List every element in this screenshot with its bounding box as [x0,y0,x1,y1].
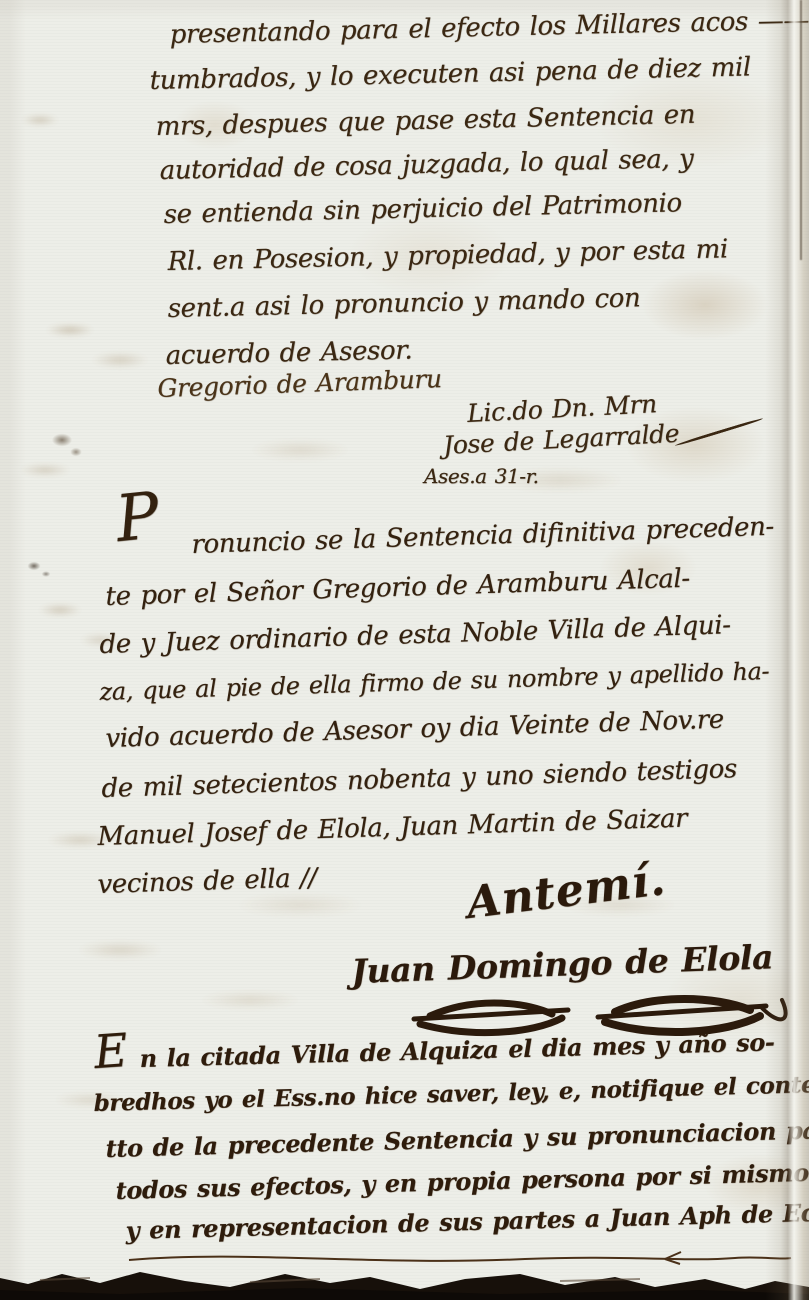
ink-rule-line [125,1246,795,1272]
manuscript-line: te por el Señor Gregorio de Aramburu Alc… [105,564,690,612]
manuscript-line: presentando para el efecto los Millares … [169,6,809,50]
manuscript-line: za, que al pie de ella firmo de su nombr… [99,657,769,706]
drop-cap-initial: E [92,1027,129,1075]
drop-cap-initial: P [113,484,163,552]
assessor-fee-note: Ases.a 31-r. [424,464,539,488]
page-fold-crease [765,0,809,1300]
manuscript-line: y en representacion de sus partes a Juan… [125,1198,809,1245]
signature-ante-mi: Antemí. [464,854,669,929]
torn-edge [0,1264,809,1300]
manuscript-page: presentando para el efecto los Millares … [0,0,809,1300]
manuscript-line: Manuel Josef de Elola, Juan Martin de Sa… [97,803,687,852]
manuscript-line: ronuncio se la Sentencia difinitiva prec… [191,512,774,560]
manuscript-line: vecinos de ella // [97,863,317,900]
manuscript-line: tto de la precedente Sentencia y su pron… [105,1115,809,1163]
manuscript-line: se entienda sin perjuicio del Patrimonio [163,188,682,230]
manuscript-line: bredhos yo el Ess.no hice saver, ley, e,… [93,1071,809,1117]
page-edge-line [800,0,802,260]
manuscript-line: sent.a asi lo pronuncio y mando con [167,283,640,324]
signature-notary: Juan Domingo de Elola [351,937,774,991]
manuscript-line: de y Juez ordinario de esta Noble Villa … [99,610,731,660]
manuscript-line: tumbrados, y lo executen asi pena de die… [149,52,751,96]
manuscript-line: todos sus efectos, y en propia persona p… [115,1158,809,1205]
manuscript-line: Rl. en Posesion, y propiedad, y por esta… [167,234,728,277]
manuscript-line: vido acuerdo de Asesor oy dia Veinte de … [105,705,724,754]
manuscript-line: de mil setecientos nobenta y uno siendo … [101,754,737,804]
manuscript-line: mrs, despues que pase esta Sentencia en [155,100,695,142]
manuscript-line: n la citada Villa de Alquiza el dia mes … [139,1027,775,1073]
manuscript-line: autoridad de cosa juzgada, lo qual sea, … [159,144,693,186]
